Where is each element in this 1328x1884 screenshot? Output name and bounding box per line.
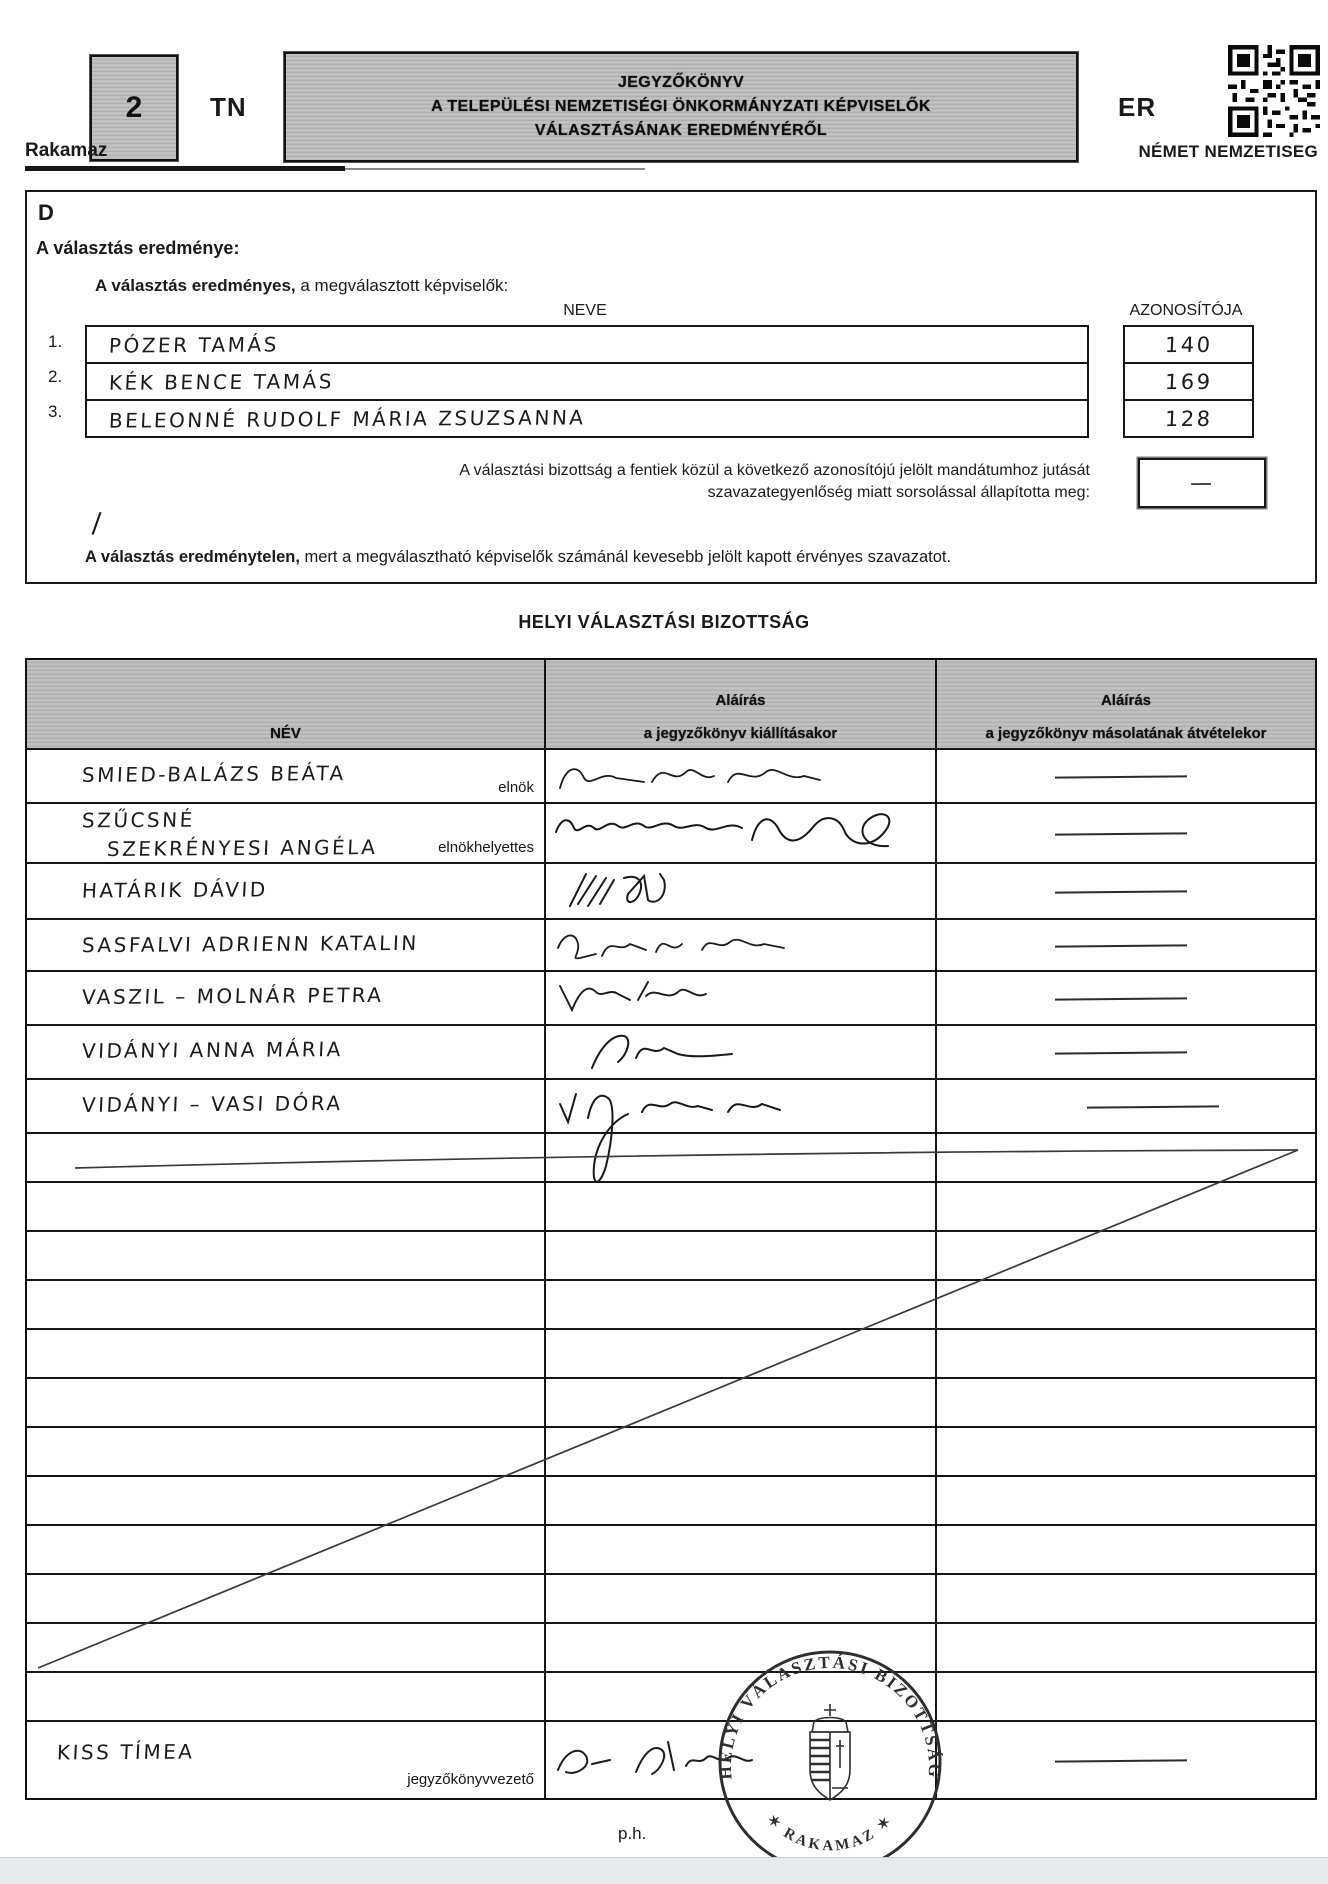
municipality-name: Rakamaz <box>25 140 107 162</box>
winner-id-handwritten: 128 <box>1164 406 1213 430</box>
member-name-handwritten: VIDÁNYI ANNA MÁRIA <box>81 1037 343 1063</box>
member-receipt-cell <box>937 972 1315 1024</box>
result-heading: A választás eredménye: <box>36 238 239 259</box>
member-signature-cell <box>546 750 937 802</box>
member-name-handwritten: SMIED-BALÁZS BEÁTA <box>81 761 346 787</box>
table-row: 128 <box>1125 401 1252 436</box>
member-receipt-cell <box>937 864 1315 918</box>
member-signature-cell <box>546 804 937 862</box>
winner-number: 3. <box>48 402 62 437</box>
signature-sublabel: a jegyzőkönyv másolatának átvételekor <box>986 725 1267 742</box>
empty-row <box>27 1575 1315 1624</box>
committee-member-row: HATÁRIK DÁVID <box>27 864 1315 920</box>
signature-sublabel: a jegyzőkönyv kiállításakor <box>644 725 837 742</box>
lottery-statement-line1: A választási bizottság a fentiek közül a… <box>180 460 1090 482</box>
recorder-role-label: jegyzőkönyvvezető <box>407 1771 534 1788</box>
invalid-result-rest: mert a megválasztható képviselők számáná… <box>300 548 951 566</box>
result-subheading-rest: a megválasztott képviselők: <box>296 276 509 295</box>
empty-row <box>27 1526 1315 1575</box>
winner-number: 1. <box>48 332 62 367</box>
signature-label: Aláírás <box>715 692 765 709</box>
empty-row <box>27 1232 1315 1281</box>
section-d-label: D <box>38 200 54 226</box>
recorder-name-handwritten: KISS TÍMEA <box>56 1740 195 1765</box>
page-number: 2 <box>126 91 143 125</box>
winner-row-numbers: 1. 2. 3. <box>48 332 62 437</box>
empty-row <box>27 1330 1315 1379</box>
committee-member-row: VIDÁNYI – VASI DÓRA <box>27 1080 1315 1134</box>
member-signature-cell <box>546 1026 937 1078</box>
receipt-dash-mark <box>1055 1051 1187 1054</box>
member-receipt-cell <box>937 804 1315 862</box>
winner-name-table: PÓZER TAMÁS KÉK BENCE TAMÁS BELEONNÉ RUD… <box>85 325 1089 438</box>
empty-row <box>27 1477 1315 1526</box>
receipt-dash-mark <box>1055 775 1187 778</box>
scan-edge-strip <box>0 1857 1328 1884</box>
form-title-line2: A TELEPÜLÉSI NEMZETISÉGI ÖNKORMÁNYZATI K… <box>431 98 931 116</box>
member-role-label: elnök <box>498 779 534 796</box>
receipt-dash-mark <box>1055 1759 1187 1762</box>
winner-name-handwritten: PÓZER TAMÁS <box>108 332 279 357</box>
committee-member-row: SZŰCSNÉ SZEKRÉNYESI ANGÉLA elnökhelyette… <box>27 804 1315 864</box>
header-cell-name: NÉV <box>27 660 546 748</box>
coat-of-arms-icon <box>810 1704 850 1800</box>
signature-stroke <box>552 922 932 972</box>
member-name-handwritten: VIDÁNYI – VASI DÓRA <box>81 1091 343 1117</box>
empty-row <box>27 1624 1315 1673</box>
committee-title: HELYI VÁLASZTÁSI BIZOTTSÁG <box>0 612 1328 633</box>
member-role-label: elnökhelyettes <box>438 839 534 856</box>
header-cell-signature-issue: Aláírás a jegyzőkönyv kiállításakor <box>546 660 937 748</box>
empty-row <box>27 1281 1315 1330</box>
invalid-result-bold: A választás eredménytelen, <box>85 548 300 566</box>
receipt-dash-mark <box>1087 1105 1219 1108</box>
receipt-dash-mark <box>1055 832 1187 835</box>
signature-stroke <box>552 1028 922 1080</box>
member-name-cell: HATÁRIK DÁVID <box>27 864 546 918</box>
member-name-cell: VIDÁNYI ANNA MÁRIA <box>27 1026 546 1078</box>
winner-id-handwritten: 169 <box>1164 369 1213 393</box>
member-name-cell: VASZIL – MOLNÁR PETRA <box>27 972 546 1024</box>
receipt-dash-mark <box>1055 890 1187 893</box>
header-cell-signature-copy: Aláírás a jegyzőkönyv másolatának átvéte… <box>937 660 1315 748</box>
nationality-label: NÉMET NEMZETISEG <box>900 142 1318 162</box>
form-title-line1: JEGYZŐKÖNYV <box>618 74 744 92</box>
lottery-statement: A választási bizottság a fentiek közül a… <box>180 460 1090 504</box>
form-code-tn: TN <box>210 92 247 123</box>
committee-table: NÉV Aláírás a jegyzőkönyv kiállításakor … <box>25 658 1317 1800</box>
member-name-handwritten-line2: SZEKRÉNYESI ANGÉLA <box>106 835 378 861</box>
receipt-dash-mark <box>1055 997 1187 1000</box>
winner-name-handwritten: BELEONNÉ RUDOLF MÁRIA ZSUZSANNA <box>108 405 586 432</box>
table-row: BELEONNÉ RUDOLF MÁRIA ZSUZSANNA <box>87 401 1087 436</box>
winner-name-handwritten: KÉK BENCE TAMÁS <box>108 369 334 395</box>
recorder-row: KISS TÍMEA jegyzőkönyvvezető <box>27 1722 1315 1798</box>
winner-number: 2. <box>48 367 62 402</box>
member-signature-cell <box>546 920 937 970</box>
member-receipt-cell <box>937 920 1315 970</box>
member-receipt-cell <box>937 750 1315 802</box>
member-receipt-cell <box>937 1026 1315 1078</box>
committee-member-row: VASZIL – MOLNÁR PETRA <box>27 972 1315 1026</box>
member-name-cell: SASFALVI ADRIENN KATALIN <box>27 920 546 970</box>
committee-member-row: SASFALVI ADRIENN KATALIN <box>27 920 1315 972</box>
signature-stroke <box>552 974 922 1024</box>
empty-row <box>27 1379 1315 1428</box>
column-header-name: NEVE <box>85 302 1085 320</box>
member-name-handwritten: HATÁRIK DÁVID <box>81 877 268 902</box>
empty-row <box>27 1428 1315 1477</box>
committee-table-header: NÉV Aláírás a jegyzőkönyv kiállításakor … <box>27 660 1315 750</box>
member-name-handwritten: SASFALVI ADRIENN KATALIN <box>81 931 419 957</box>
svg-text:✶ RAKAMAZ ✶: ✶ RAKAMAZ ✶ <box>763 1812 896 1854</box>
signature-stroke <box>552 866 922 918</box>
table-row: 140 <box>1125 327 1252 364</box>
table-row: KÉK BENCE TAMÁS <box>87 364 1087 401</box>
result-subheading-bold: A választás eredményes, <box>95 276 296 295</box>
municipality-underline-faint <box>345 168 645 170</box>
lottery-id-dash: — <box>1189 470 1215 495</box>
empty-row <box>27 1183 1315 1232</box>
stamp-bottom-text: ✶ RAKAMAZ ✶ <box>763 1812 896 1854</box>
winner-id-handwritten: 140 <box>1164 332 1213 356</box>
header-name-label: NÉV <box>270 725 301 742</box>
handwritten-slash-mark: / <box>91 508 104 539</box>
column-header-identifier: AZONOSÍTÓJA <box>1120 302 1252 320</box>
signature-stroke <box>552 806 932 862</box>
form-code-er: ER <box>1118 92 1156 123</box>
municipality-underline <box>25 166 345 171</box>
invalid-result-statement: A választás eredménytelen, mert a megvál… <box>85 548 951 567</box>
scanned-election-protocol-page: 2 TN JEGYZŐKÖNYV A TELEPÜLÉSI NEMZETISÉG… <box>0 0 1328 1884</box>
recorder-receipt-cell <box>937 1722 1315 1798</box>
empty-row <box>27 1673 1315 1722</box>
winner-id-table: 140 169 128 <box>1123 325 1254 438</box>
form-title-line3: VÁLASZTÁSÁNAK EREDMÉNYÉRŐL <box>535 122 827 140</box>
table-row: PÓZER TAMÁS <box>87 327 1087 364</box>
member-signature-cell <box>546 1080 937 1132</box>
empty-row <box>27 1134 1315 1183</box>
signature-stroke <box>552 752 922 802</box>
signature-label: Aláírás <box>1101 692 1151 709</box>
committee-member-row: SMIED-BALÁZS BEÁTA elnök <box>27 750 1315 804</box>
qr-code-icon <box>1228 45 1320 137</box>
member-name-handwritten: VASZIL – MOLNÁR PETRA <box>81 983 384 1009</box>
member-name-cell: SZŰCSNÉ SZEKRÉNYESI ANGÉLA elnökhelyette… <box>27 804 546 862</box>
committee-member-row: VIDÁNYI ANNA MÁRIA <box>27 1026 1315 1080</box>
lottery-statement-line2: szavazategyenlőség miatt sorsolással áll… <box>180 482 1090 504</box>
member-signature-cell <box>546 972 937 1024</box>
committee-round-stamp: HELYI VÁLASZTÁSI BIZOTTSÁG ✶ RAKAMAZ ✶ <box>710 1642 950 1882</box>
member-name-cell: SMIED-BALÁZS BEÁTA elnök <box>27 750 546 802</box>
lottery-id-box: — <box>1138 458 1266 508</box>
member-signature-cell <box>546 864 937 918</box>
member-receipt-cell <box>937 1080 1315 1132</box>
receipt-dash-mark <box>1055 944 1187 947</box>
member-name-cell: VIDÁNYI – VASI DÓRA <box>27 1080 546 1132</box>
recorder-name-cell: KISS TÍMEA jegyzőkönyvvezető <box>27 1722 546 1798</box>
ph-seal-placeholder-label: p.h. <box>618 1824 646 1844</box>
result-subheading: A választás eredményes, a megválasztott … <box>95 276 508 296</box>
table-row: 169 <box>1125 364 1252 401</box>
member-name-handwritten: SZŰCSNÉ <box>81 808 195 833</box>
